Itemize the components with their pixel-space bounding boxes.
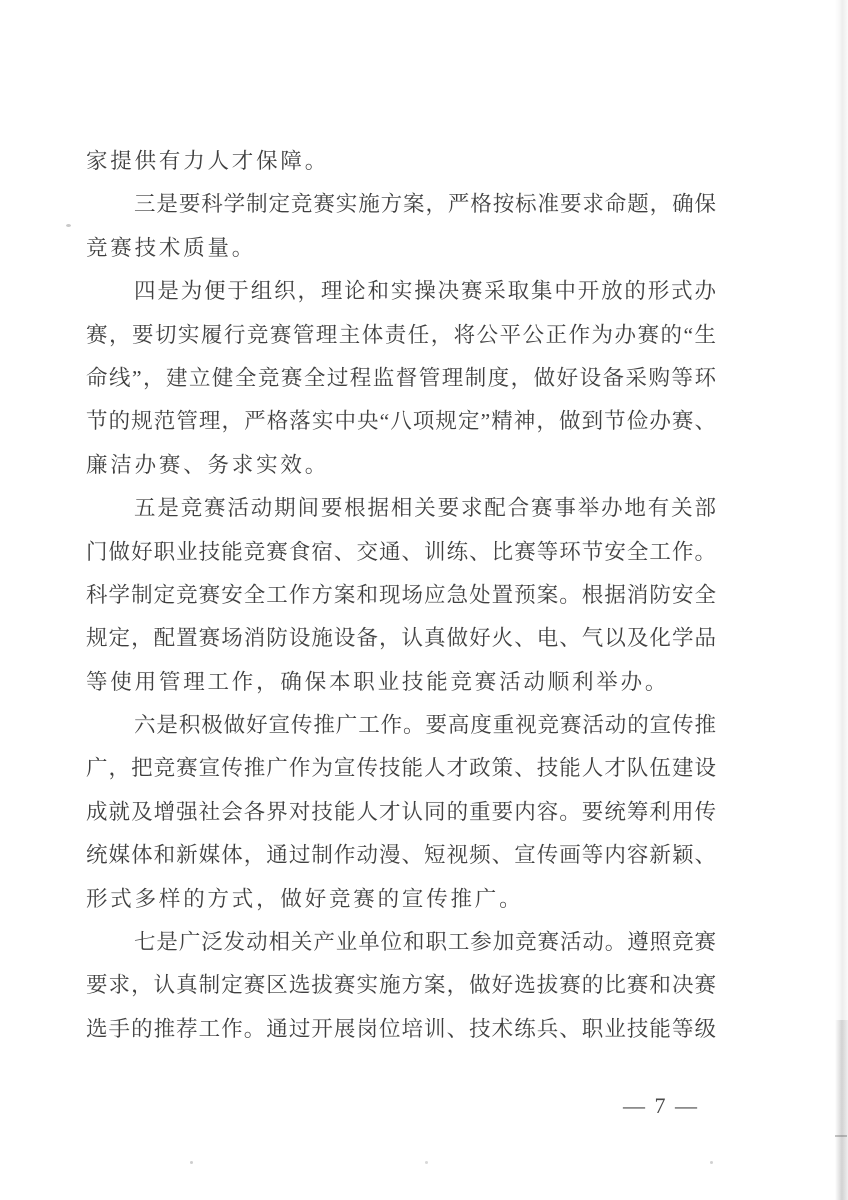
- document-page: 家提供有力人才保障。三是要科学制定竞赛实施方案，严格按标准要求命题，确保竞赛技术…: [0, 0, 848, 1200]
- text-line: 统媒体和新媒体，通过制作动漫、短视频、宣传画等内容新颖、: [86, 834, 716, 877]
- text-line: 形式多样的方式，做好竞赛的宣传推广。: [86, 878, 716, 921]
- text-line: 五是竞赛活动期间要根据相关要求配合赛事举办地有关部: [86, 487, 716, 530]
- text-line: 科学制定竞赛安全工作方案和现场应急处置预案。根据消防安全: [86, 574, 716, 617]
- text-line: 等使用管理工作，确保本职业技能竞赛活动顺利举办。: [86, 661, 716, 704]
- text-line: 节的规范管理，严格落实中央“八项规定”精神，做到节俭办赛、: [86, 400, 716, 443]
- scan-speck: [425, 1161, 428, 1164]
- scan-speck: [710, 1161, 713, 1164]
- text-line: 广，把竞赛宣传推广作为宣传技能人才政策、技能人才队伍建设: [86, 747, 716, 790]
- page-number: — 7 —: [596, 1088, 726, 1124]
- text-line: 成就及增强社会各界对技能人才认同的重要内容。要统筹利用传: [86, 791, 716, 834]
- scan-edge-tick: [835, 1135, 847, 1137]
- text-block: 家提供有力人才保障。三是要科学制定竞赛实施方案，严格按标准要求命题，确保竞赛技术…: [86, 140, 716, 1051]
- text-line: 命线”，建立健全竞赛全过程监督管理制度，做好设备采购等环: [86, 357, 716, 400]
- text-line: 廉洁办赛、务求实效。: [86, 444, 716, 487]
- text-line: 要求，认真制定赛区选拔赛实施方案，做好选拔赛的比赛和决赛: [86, 964, 716, 1007]
- text-line: 六是积极做好宣传推广工作。要高度重视竞赛活动的宣传推: [86, 704, 716, 747]
- text-line: 规定，配置赛场消防设施设备，认真做好火、电、气以及化学品: [86, 617, 716, 660]
- text-line: 选手的推荐工作。通过开展岗位培训、技术练兵、职业技能等级: [86, 1008, 716, 1051]
- scan-speck: [190, 1161, 193, 1164]
- scan-edge-shadow-bottom: [835, 1020, 848, 1200]
- text-line: 竞赛技术质量。: [86, 227, 716, 270]
- text-line: 赛，要切实履行竞赛管理主体责任，将公平公正作为办赛的“生: [86, 314, 716, 357]
- text-line: 三是要科学制定竞赛实施方案，严格按标准要求命题，确保: [86, 183, 716, 226]
- text-line: 家提供有力人才保障。: [86, 140, 716, 183]
- text-line: 门做好职业技能竞赛食宿、交通、训练、比赛等环节安全工作。: [86, 531, 716, 574]
- text-line: 四是为便于组织，理论和实操决赛采取集中开放的形式办: [86, 270, 716, 313]
- scan-speck: [66, 224, 71, 227]
- text-line: 七是广泛发动相关产业单位和职工参加竞赛活动。遵照竞赛: [86, 921, 716, 964]
